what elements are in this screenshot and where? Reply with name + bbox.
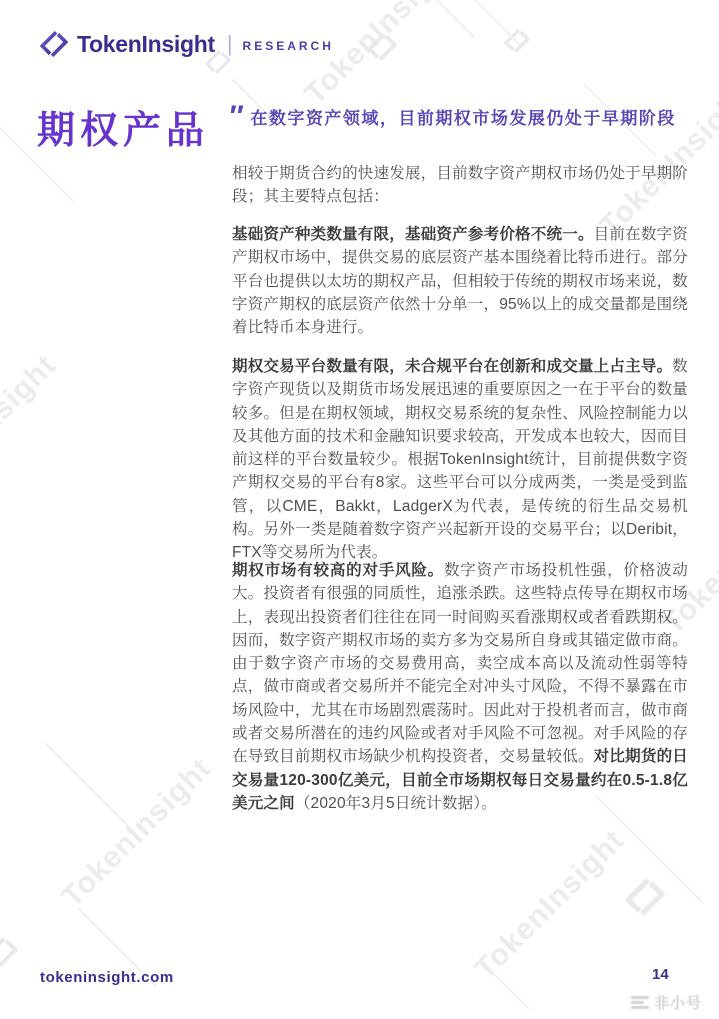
paragraph-text: 数字资产市场投机性强，价格波动大。投资者有很强的同质性，追涨杀跌。这些特点传导在…	[232, 562, 688, 765]
paragraph-lead: 基础资产种类数量有限，基础资产参考价格不统一。	[232, 226, 594, 243]
watermark-logo-icon	[504, 28, 530, 54]
intro-paragraph: 相较于期货合约的快速发展，目前数字资产期权市场仍处于早期阶段；其主要特点包括：	[232, 162, 688, 209]
watermark-line	[425, 0, 476, 38]
pull-quote: ″ 在数字资产领域，目前期权市场发展仍处于早期阶段	[228, 102, 696, 132]
footer-site-url: tokeninsight.com	[40, 969, 174, 986]
paragraph-text: 数字资产现货以及期货市场发展迅速的重要原因之一在于平台的数量较多。但是在期权领域…	[232, 358, 688, 561]
watermark-line	[486, 966, 530, 1010]
paragraph-lead: 期权交易平台数量有限，未合规平台在创新和成交量上占主导。	[232, 358, 672, 375]
quote-text: 在数字资产领域，目前期权市场发展仍处于早期阶段	[250, 102, 676, 132]
watermark-text: TokenInsight	[469, 824, 632, 987]
paragraph-platforms: 期权交易平台数量有限，未合规平台在创新和成交量上占主导。数字资产现货以及期货市场…	[232, 355, 688, 565]
research-label: RESEARCH	[243, 39, 334, 53]
watermark-logo-icon	[367, 32, 397, 62]
page-number: 14	[652, 966, 669, 983]
report-header: TokenInsight | RESEARCH	[40, 30, 334, 58]
paragraph-underlying-assets: 基础资产种类数量有限，基础资产参考价格不统一。目前在数字资产期权市场中，提供交易…	[232, 223, 688, 339]
quote-mark-icon: ″	[228, 102, 242, 132]
feixiaohao-icon	[631, 996, 649, 1009]
watermark-text: TokenInsight	[56, 752, 219, 915]
feixiaohao-label: 非小号	[654, 992, 702, 1013]
paragraph-tail: （2020年3月5日统计数据）。	[295, 795, 497, 812]
brand-name: TokenInsight	[77, 31, 215, 58]
report-page: TokenInsight TokenInsight TokenInsight T…	[0, 0, 719, 1019]
header-divider: |	[227, 31, 233, 57]
watermark-line	[470, 0, 521, 45]
paragraph-counterparty-risk: 期权市场有较高的对手风险。数字资产市场投机性强，价格波动大。投资者有很强的同质性…	[232, 559, 688, 815]
feixiaohao-watermark: 非小号	[631, 992, 702, 1013]
paragraph-lead: 期权市场有较高的对手风险。	[232, 562, 444, 579]
watermark-logo-icon	[0, 936, 18, 968]
watermark-text: TokenInsight	[0, 349, 63, 512]
watermark-logo-icon	[625, 877, 665, 917]
tokeninsight-logo-icon	[40, 30, 68, 58]
page-title: 期权产品	[37, 99, 209, 154]
watermark-line	[45, 743, 131, 829]
